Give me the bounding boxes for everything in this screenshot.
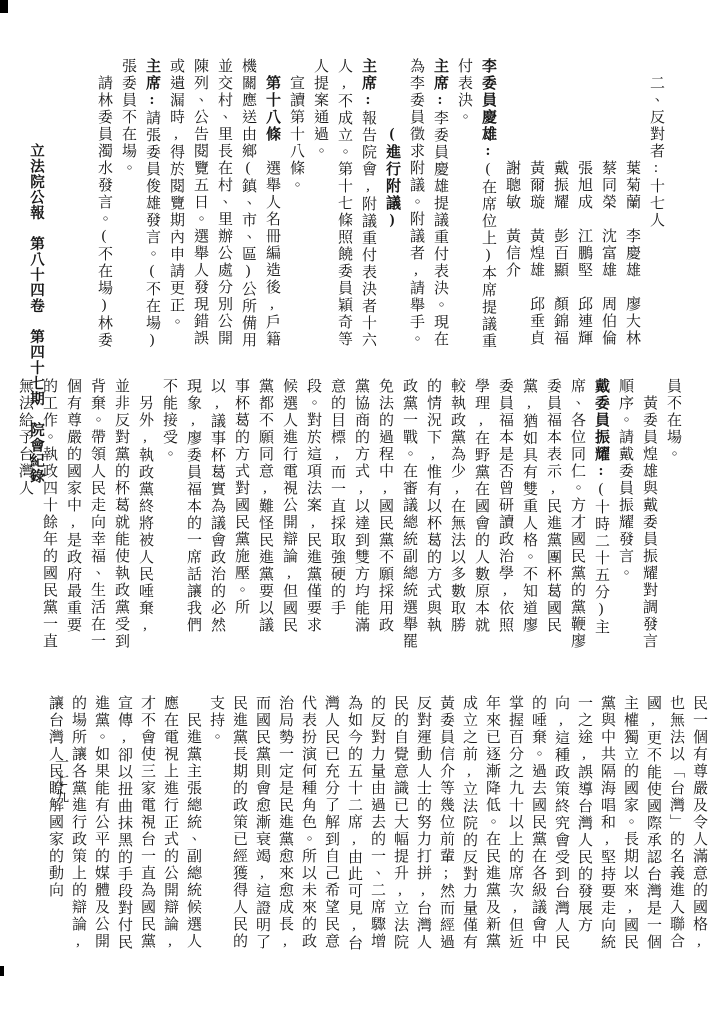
text-band-bottom: 民一個有尊嚴及令人滿意的國格,也無法以「台灣」的名義進入聯合國,更不能使國際承認…: [72, 695, 710, 963]
paragraph-heading: 二、反對者:十七人: [644, 58, 668, 358]
text-band-middle: 員不在場。黃委員煌雄與戴委員振耀對調發言順序。請戴委員振耀發言。戴委員振耀:(十…: [68, 378, 685, 650]
gazette-page: 立法院公報 第八十四卷 第四十七期 院會紀錄 一七九 二、反對者:十七人葉菊蘭 …: [0, 0, 726, 1024]
paragraph-plain: 宣讀第十八條。: [284, 58, 308, 358]
paragraph-name-row: 戴振耀 彭百顯 顏錦福: [548, 58, 572, 358]
paragraph-speech: 主席:李委員慶雄提議重付表決。現在為李委員徵求附議。附議者,請舉手。: [404, 58, 452, 358]
speaker-name: 主席:: [144, 58, 160, 110]
paragraph-name-row: 蔡同榮 沈富雄 周伯倫: [596, 58, 620, 358]
paragraph-stage: (進行附議): [380, 58, 404, 358]
scan-artifact-left-edge: [0, 966, 4, 976]
text-band-top: 二、反對者:十七人葉菊蘭 李慶雄 廖大林蔡同榮 沈富雄 周伯倫張旭成 江鵬堅 邱…: [68, 58, 668, 358]
paragraph-speech: 戴委員振耀:(十時二十五分)主席、各位同仁。方才國民黨的黨鞭廖委員福本表示,民進…: [157, 378, 613, 650]
paragraph-speech: 主席:請張委員俊雄發言。(不在場)張委員不在場。: [116, 58, 164, 358]
paragraph-article: 第十八條 選舉人名冊編造後,戶籍機關應送由鄉(鎮、市、區)公所備用並交村、里長在…: [164, 58, 284, 358]
paragraph-name-row: 謝聰敏 黃信介: [500, 58, 524, 358]
speaker-name: 李委員慶雄:: [480, 58, 496, 161]
paragraph-plain: 黃委員煌雄與戴委員振耀對調發言順序。請戴委員振耀發言。: [613, 378, 661, 650]
scan-artifact-top-left: [0, 0, 8, 13]
paragraph-speech: 主席:報告院會,附議重付表決者十六人,不成立。第十七條照饒委員穎奇等人提案通過。: [308, 58, 380, 358]
speaker-name: 戴委員振耀:: [593, 378, 609, 481]
speaker-name: 第十八條: [264, 75, 280, 143]
paragraph-plain: 請林委員濁水發言。(不在場)林委: [92, 58, 116, 358]
paragraph-plain: 民進黨主張總統、副總統候選人應在電視上進行正式的公開辯論,才不會使三家電視台一直…: [43, 695, 204, 963]
speaker-name: 主席:: [432, 58, 448, 110]
paragraph-speech: 李委員慶雄:(在席位上)本席提議重付表決。: [452, 58, 500, 358]
paragraph-plain: 另外,執政黨終將被人民唾棄,並非反對黨的杯葛就能使執政黨受到背棄。帶領人民走向幸…: [13, 378, 157, 650]
speaker-name: 主席:: [360, 58, 376, 110]
paragraph-name-row: 張旭成 江鵬堅 邱連輝: [572, 58, 596, 358]
paragraph-plain: 民一個有尊嚴及令人滿意的國格,也無法以「台灣」的名義進入聯合國,更不能使國際承認…: [204, 695, 710, 963]
paragraph-plain: 員不在場。: [661, 378, 685, 650]
paragraph-name-row: 黃爾璇 黃煌雄 邱垂貞: [524, 58, 548, 358]
paragraph-name-row: 葉菊蘭 李慶雄 廖大林: [620, 58, 644, 358]
